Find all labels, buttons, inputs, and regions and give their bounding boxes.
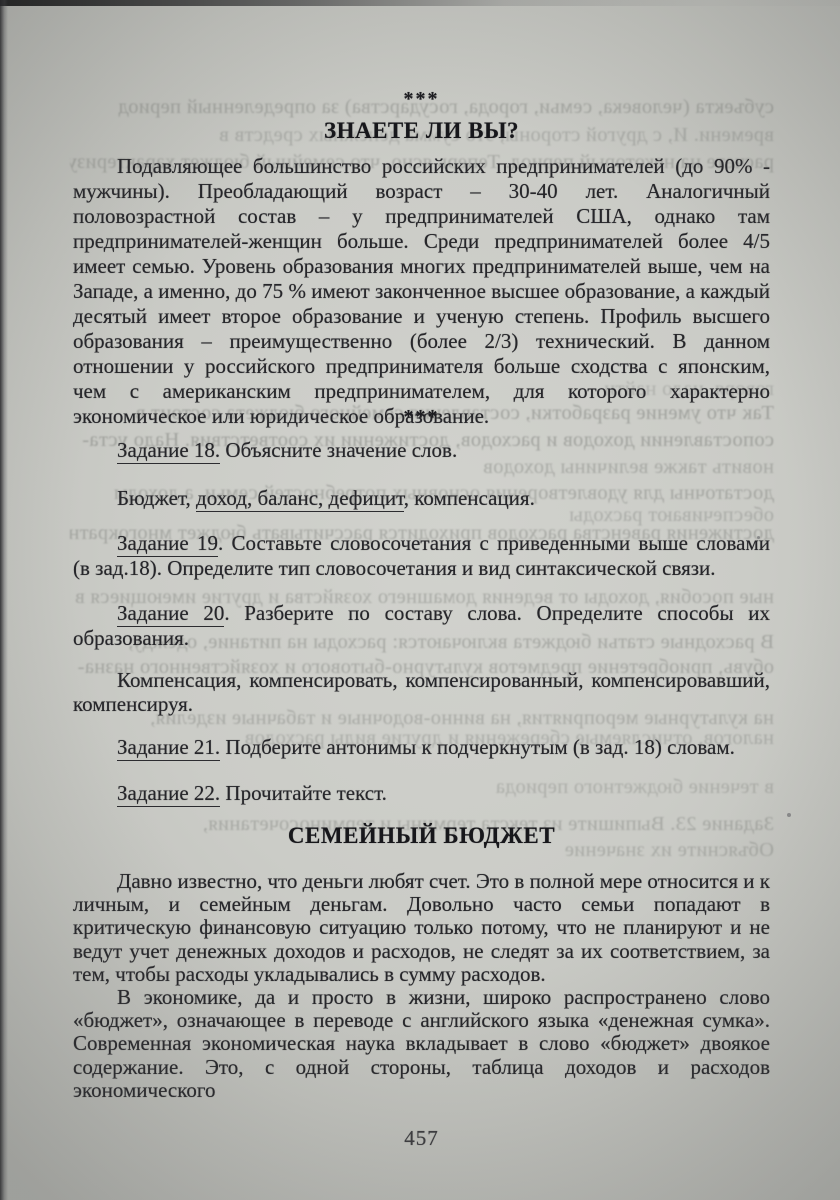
budget-paragraph-2: В экономике, да и просто в жизни, широко…	[73, 986, 770, 1102]
budget-section-heading: СЕМЕЙНЫЙ БЮДЖЕТ	[73, 823, 770, 849]
separator-asterisks-middle: ***	[73, 406, 770, 429]
separator-asterisks-top: ***	[73, 88, 770, 111]
task-22-label: Задание 22.	[117, 781, 220, 807]
scanned-book-page: субъекта (человека, семьи, города, госуд…	[0, 0, 840, 1200]
scan-speck	[787, 813, 791, 817]
budget-section-body: Давно известно, что деньги любят счет. Э…	[73, 870, 770, 1102]
word-list-suffix: , компенсация.	[404, 486, 535, 510]
task-18: Задание 18. Объясните значение слов.	[73, 438, 770, 463]
task-19: Задание 19. Составьте словосочетания с п…	[73, 531, 770, 580]
task-20: Задание 20. Разберите по составу слова. …	[73, 601, 770, 650]
task-21: Задание 21. Подберите антонимы к подчерк…	[73, 735, 770, 760]
word-list-prefix: Бюджет,	[117, 486, 196, 510]
task-20-label: Задание 20	[117, 601, 224, 627]
task-18-word-list: Бюджет, доход, баланс, дефицит, компенса…	[73, 486, 770, 511]
know-section-heading: ЗНАЕТЕ ЛИ ВЫ?	[73, 118, 770, 144]
scan-edge-left	[0, 0, 8, 1200]
task-22-text: Прочитайте текст.	[220, 781, 387, 805]
scan-speck	[757, 536, 760, 539]
budget-paragraph-1: Давно известно, что деньги любят счет. Э…	[73, 870, 770, 986]
page-content: *** ЗНАЕТЕ ЛИ ВЫ? Подавляющее большинств…	[0, 0, 840, 1200]
task-21-label: Задание 21.	[117, 735, 220, 761]
word-list-underlined: доход, баланс, дефицит	[196, 486, 404, 512]
task-18-label: Задание 18.	[117, 438, 220, 464]
know-section-paragraph: Подавляющее большинство российских предп…	[73, 154, 770, 429]
scan-edge-top	[0, 0, 840, 6]
task-18-text: Объясните значение слов.	[220, 438, 457, 462]
task-20-word-list: Компенсация, компенсировать, компенсиров…	[73, 668, 770, 716]
task-21-text: Подберите антонимы к подчеркнутым (в зад…	[220, 735, 735, 759]
page-number: 457	[73, 1126, 770, 1151]
task-22: Задание 22. Прочитайте текст.	[73, 781, 770, 806]
task-19-label: Задание 19	[117, 531, 218, 557]
